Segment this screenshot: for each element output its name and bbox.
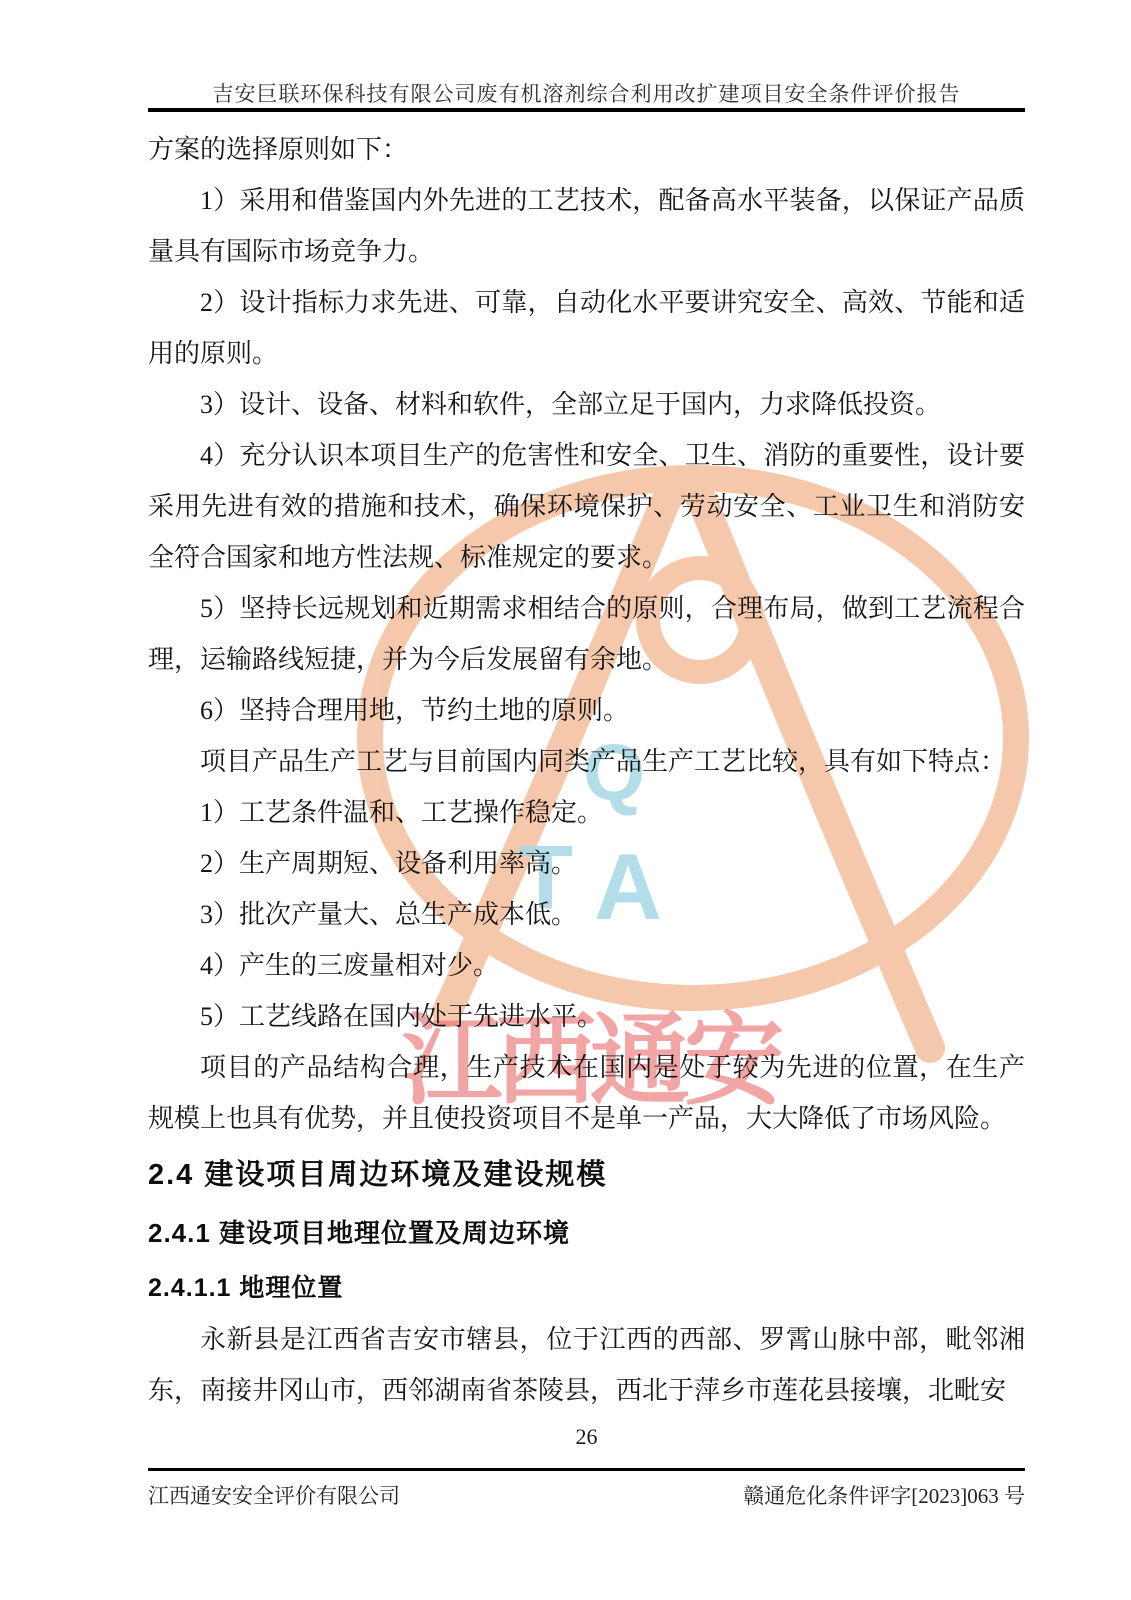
paragraph-principle-3: 3）设计、设备、材料和软件，全部立足于国内，力求降低投资。 xyxy=(148,379,1025,430)
report-header-title: 吉安巨联环保科技有限公司废有机溶剂综合利用改扩建项目安全条件评价报告 xyxy=(148,78,1025,108)
document-body: 方案的选择原则如下： 1）采用和借鉴国内外先进的工艺技术，配备高水平装备，以保证… xyxy=(148,124,1025,1416)
paragraph-feature-1: 1）工艺条件温和、工艺操作稳定。 xyxy=(148,787,1025,838)
footer-company-name: 江西通安安全评价有限公司 xyxy=(148,1480,400,1510)
section-heading-2-4-1-1: 2.4.1.1 地理位置 xyxy=(148,1262,1025,1314)
paragraph-process-comparison: 项目产品生产工艺与目前国内同类产品生产工艺比较，具有如下特点： xyxy=(148,736,1025,787)
header-rule xyxy=(148,108,1025,112)
paragraph-feature-2: 2）生产周期短、设备利用率高。 xyxy=(148,838,1025,889)
paragraph-principle-1: 1）采用和借鉴国内外先进的工艺技术，配备高水平装备，以保证产品质量具有国际市场竞… xyxy=(148,175,1025,277)
section-heading-2-4-1: 2.4.1 建设项目地理位置及周边环境 xyxy=(148,1206,1025,1260)
paragraph-feature-4: 4）产生的三废量相对少。 xyxy=(148,940,1025,991)
page-number: 26 xyxy=(148,1424,1025,1450)
paragraph-feature-3: 3）批次产量大、总生产成本低。 xyxy=(148,889,1025,940)
paragraph-feature-5: 5）工艺线路在国内处于先进水平。 xyxy=(148,991,1025,1042)
paragraph-principle-5: 5）坚持长远规划和近期需求相结合的原则，合理布局，做到工艺流程合理，运输路线短捷… xyxy=(148,583,1025,685)
paragraph-principle-2: 2）设计指标力求先进、可靠，自动化水平要讲究安全、高效、节能和适用的原则。 xyxy=(148,277,1025,379)
footer: 江西通安安全评价有限公司 赣通危化条件评字[2023]063 号 xyxy=(148,1480,1025,1510)
paragraph-continuation: 方案的选择原则如下： xyxy=(148,124,1025,175)
section-heading-2-4: 2.4 建设项目周边环境及建设规模 xyxy=(148,1146,1025,1204)
document-page: Q T A 江西通安 吉安巨联环保科技有限公司废有机溶剂综合利用改扩建项目安全条… xyxy=(0,0,1131,1600)
paragraph-product-structure: 项目的产品结构合理，生产技术在国内是处于较为先进的位置，在生产规模上也具有优势，… xyxy=(148,1042,1025,1144)
footer-doc-number: 赣通危化条件评字[2023]063 号 xyxy=(743,1480,1025,1510)
paragraph-principle-4: 4）充分认识本项目生产的危害性和安全、卫生、消防的重要性，设计要采用先进有效的措… xyxy=(148,430,1025,583)
footer-rule xyxy=(148,1468,1025,1471)
paragraph-geographic-location: 永新县是江西省吉安市辖县，位于江西的西部、罗霄山脉中部，毗邻湘东，南接井冈山市，… xyxy=(148,1314,1025,1416)
paragraph-principle-6: 6）坚持合理用地，节约土地的原则。 xyxy=(148,685,1025,736)
